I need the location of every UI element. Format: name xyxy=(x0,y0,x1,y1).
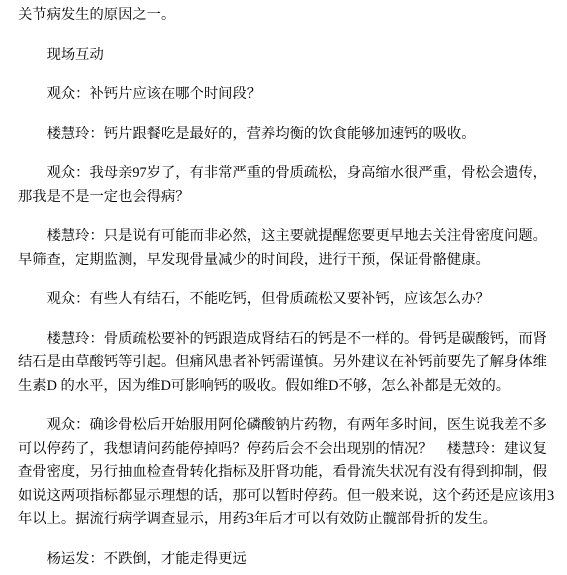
answer-2: 楼慧玲：只是说有可能而非必然，这主要就提醒您要更早地去关注骨密度问题。早筛查，定… xyxy=(18,225,557,272)
closing-line: 杨运发：不跌倒，才能走得更远 xyxy=(18,548,557,572)
page: { "document": { "language": "zh-CN", "te… xyxy=(0,0,567,575)
question-3: 观众：有些人有结石，不能吃钙，但骨质疏松又要补钙，应该怎么办？ xyxy=(18,288,557,312)
question-2: 观众：我母亲97岁了，有非常严重的骨质疏松，身高缩水很严重，骨松会遗传，那我是不… xyxy=(18,162,557,209)
section-title: 现场互动 xyxy=(18,44,557,68)
question-4-with-answer: 观众：确诊骨松后开始服用阿伦磷酸钠片药物，有两年多时间，医生说我差不多可以停药了… xyxy=(18,414,557,532)
answer-3: 楼慧玲：骨质疏松要补的钙跟造成肾结石的钙是不一样的。骨钙是碳酸钙，而肾结石是由草… xyxy=(18,328,557,399)
article-body: 关节病发生的原因之一。 现场互动 观众：补钙片应该在哪个时间段？ 楼慧玲：钙片跟… xyxy=(0,0,567,575)
paragraph-continuation: 关节病发生的原因之一。 xyxy=(18,4,557,28)
question-1: 观众：补钙片应该在哪个时间段？ xyxy=(18,83,557,107)
answer-1: 楼慧玲：钙片跟餐吃是最好的，营养均衡的饮食能够加速钙的吸收。 xyxy=(18,123,557,147)
